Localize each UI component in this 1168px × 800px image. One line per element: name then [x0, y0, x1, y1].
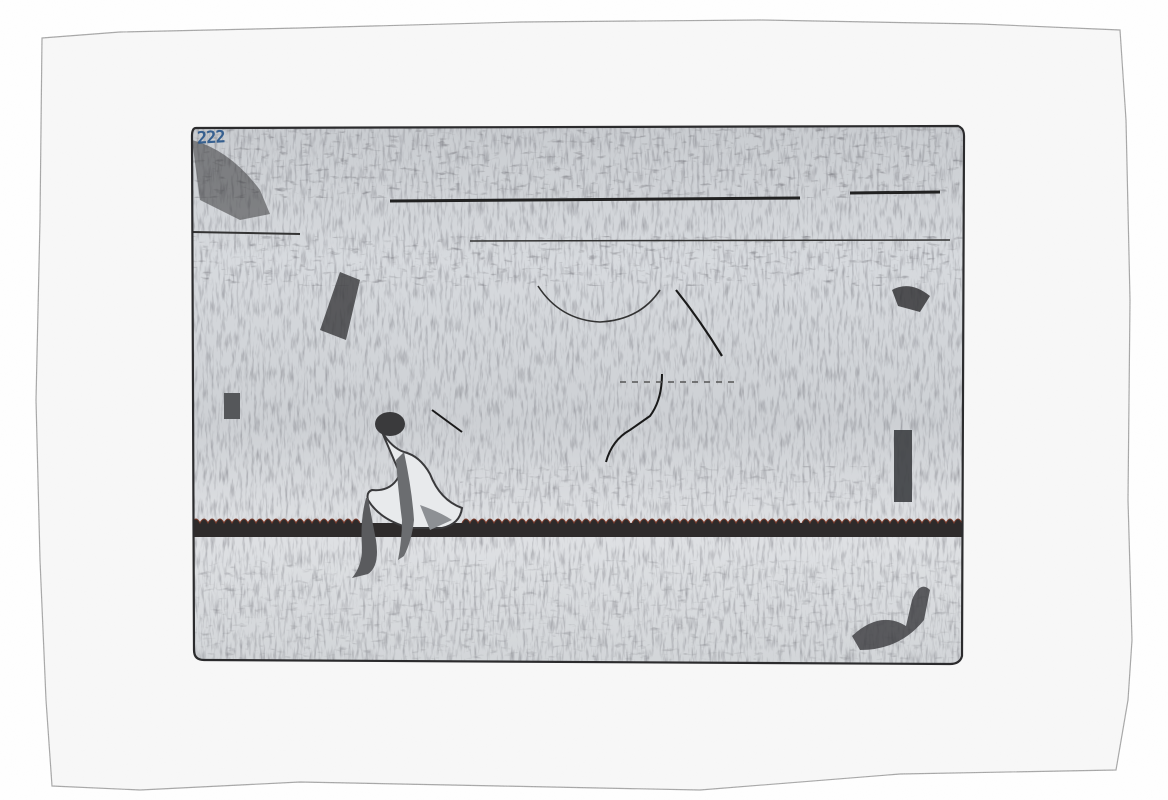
plate-number: 222: [196, 127, 225, 148]
photo-scene: 222: [0, 0, 1168, 800]
track-edge: [192, 519, 970, 537]
print-artwork: [0, 0, 1168, 800]
